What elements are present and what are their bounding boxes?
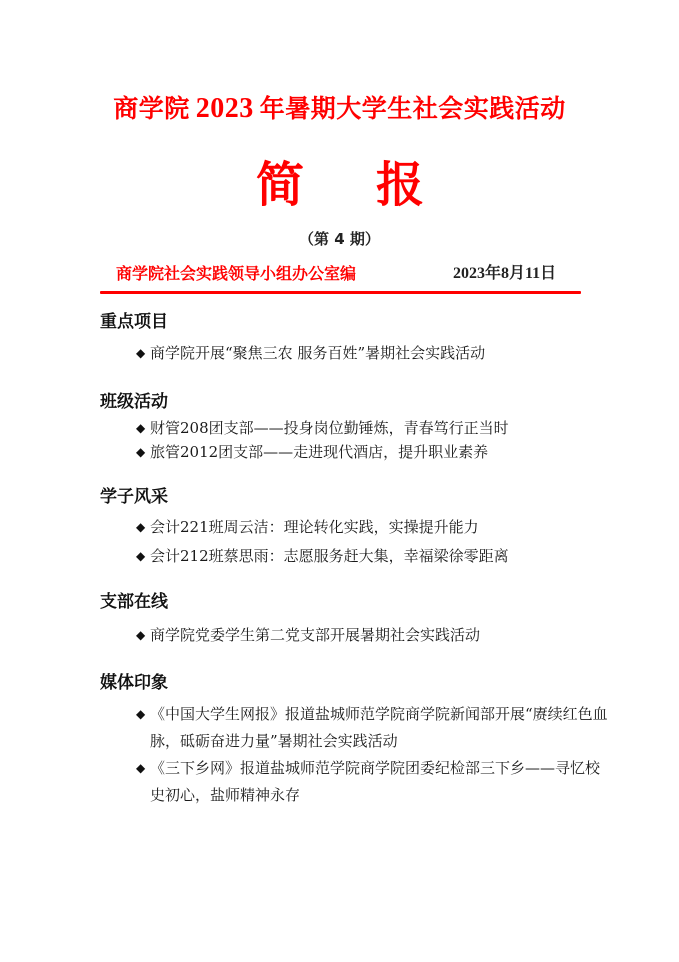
list-item[interactable]: ◆ 旅管2012团支部——走进现代酒店，提升职业素养 (100, 440, 610, 464)
section-student-highlights: 学子风采 ◆ 会计221班周云洁：理论转化实践，实操提升能力 ◆ 会计212班蔡… (100, 485, 620, 568)
list-item-text: 旅管2012团支部——走进现代酒店，提升职业素养 (150, 443, 488, 461)
section-media-coverage: 媒体印象 ◆ 《中国大学生网报》报道盐城师范学院商学院新闻部开展“赓续红色血脉，… (100, 671, 620, 809)
diamond-bullet-icon: ◆ (136, 440, 145, 464)
main-title: 商学院2023年暑期大学生社会实践活动 (0, 93, 679, 125)
section-branch-online: 支部在线 ◆ 商学院党委学生第二党支部开展暑期社会实践活动 (100, 590, 620, 647)
list-item[interactable]: ◆ 会计221班周云洁：理论转化实践，实操提升能力 (100, 515, 610, 539)
diamond-bullet-icon: ◆ (136, 701, 145, 728)
section-heading: 支部在线 (100, 590, 620, 614)
list-item[interactable]: ◆ 《中国大学生网报》报道盐城师范学院商学院新闻部开展“赓续红色血脉，砥砺奋进力… (100, 701, 610, 755)
list-item-text: 财管208团支部——投身岗位勤锤炼，青春笃行正当时 (150, 419, 509, 437)
diamond-bullet-icon: ◆ (136, 341, 145, 365)
list-item[interactable]: ◆ 《三下乡网》报道盐城师范学院商学院团委纪检部三下乡——寻忆校史初心，盐师精神… (100, 755, 610, 809)
section-heading: 班级活动 (100, 390, 620, 414)
editor-row: 商学院社会实践领导小组办公室编 2023年8月11日 (116, 263, 586, 285)
diamond-bullet-icon: ◆ (136, 755, 145, 782)
header-divider (100, 291, 581, 294)
editor-label: 商学院社会实践领导小组办公室编 (116, 263, 356, 285)
section-heading: 媒体印象 (100, 671, 620, 695)
section-heading: 重点项目 (100, 310, 620, 334)
section-key-projects: 重点项目 ◆ 商学院开展“聚焦三农 服务百姓”暑期社会实践活动 (100, 310, 620, 365)
issue-date: 2023年8月11日 (453, 263, 556, 285)
diamond-bullet-icon: ◆ (136, 515, 145, 539)
list-item[interactable]: ◆ 财管208团支部——投身岗位勤锤炼，青春笃行正当时 (100, 416, 610, 440)
bulletin-page: 商学院2023年暑期大学生社会实践活动 简 报 （第 4 期） 商学院社会实践领… (0, 0, 679, 962)
brief-title-char-1: 简 (256, 154, 304, 216)
diamond-bullet-icon: ◆ (136, 623, 145, 647)
list-item-text: 商学院党委学生第二党支部开展暑期社会实践活动 (150, 626, 480, 644)
diamond-bullet-icon: ◆ (136, 544, 145, 568)
list-item-text: 《三下乡网》报道盐城师范学院商学院团委纪检部三下乡——寻忆校史初心，盐师精神永存 (150, 759, 600, 804)
issue-number: （第 4 期） (0, 229, 679, 249)
list-item[interactable]: ◆ 商学院开展“聚焦三农 服务百姓”暑期社会实践活动 (100, 341, 610, 365)
main-title-year: 2023 (196, 93, 254, 124)
brief-title-char-2: 报 (376, 154, 424, 216)
diamond-bullet-icon: ◆ (136, 416, 145, 440)
list-item[interactable]: ◆ 会计212班蔡思雨：志愿服务赶大集，幸福梁徐零距离 (100, 544, 610, 568)
main-title-suffix: 年暑期大学生社会实践活动 (260, 94, 566, 123)
main-title-prefix: 商学院 (113, 94, 190, 123)
list-item[interactable]: ◆ 商学院党委学生第二党支部开展暑期社会实践活动 (100, 623, 610, 647)
list-item-text: 会计221班周云洁：理论转化实践，实操提升能力 (150, 518, 479, 536)
section-heading: 学子风采 (100, 485, 620, 509)
section-class-activities: 班级活动 ◆ 财管208团支部——投身岗位勤锤炼，青春笃行正当时 ◆ 旅管201… (100, 390, 620, 464)
list-item-text: 会计212班蔡思雨：志愿服务赶大集，幸福梁徐零距离 (150, 547, 509, 565)
brief-title: 简 报 (0, 154, 679, 216)
list-item-text: 《中国大学生网报》报道盐城师范学院商学院新闻部开展“赓续红色血脉，砥砺奋进力量”… (150, 705, 608, 750)
list-item-text: 商学院开展“聚焦三农 服务百姓”暑期社会实践活动 (150, 344, 485, 362)
